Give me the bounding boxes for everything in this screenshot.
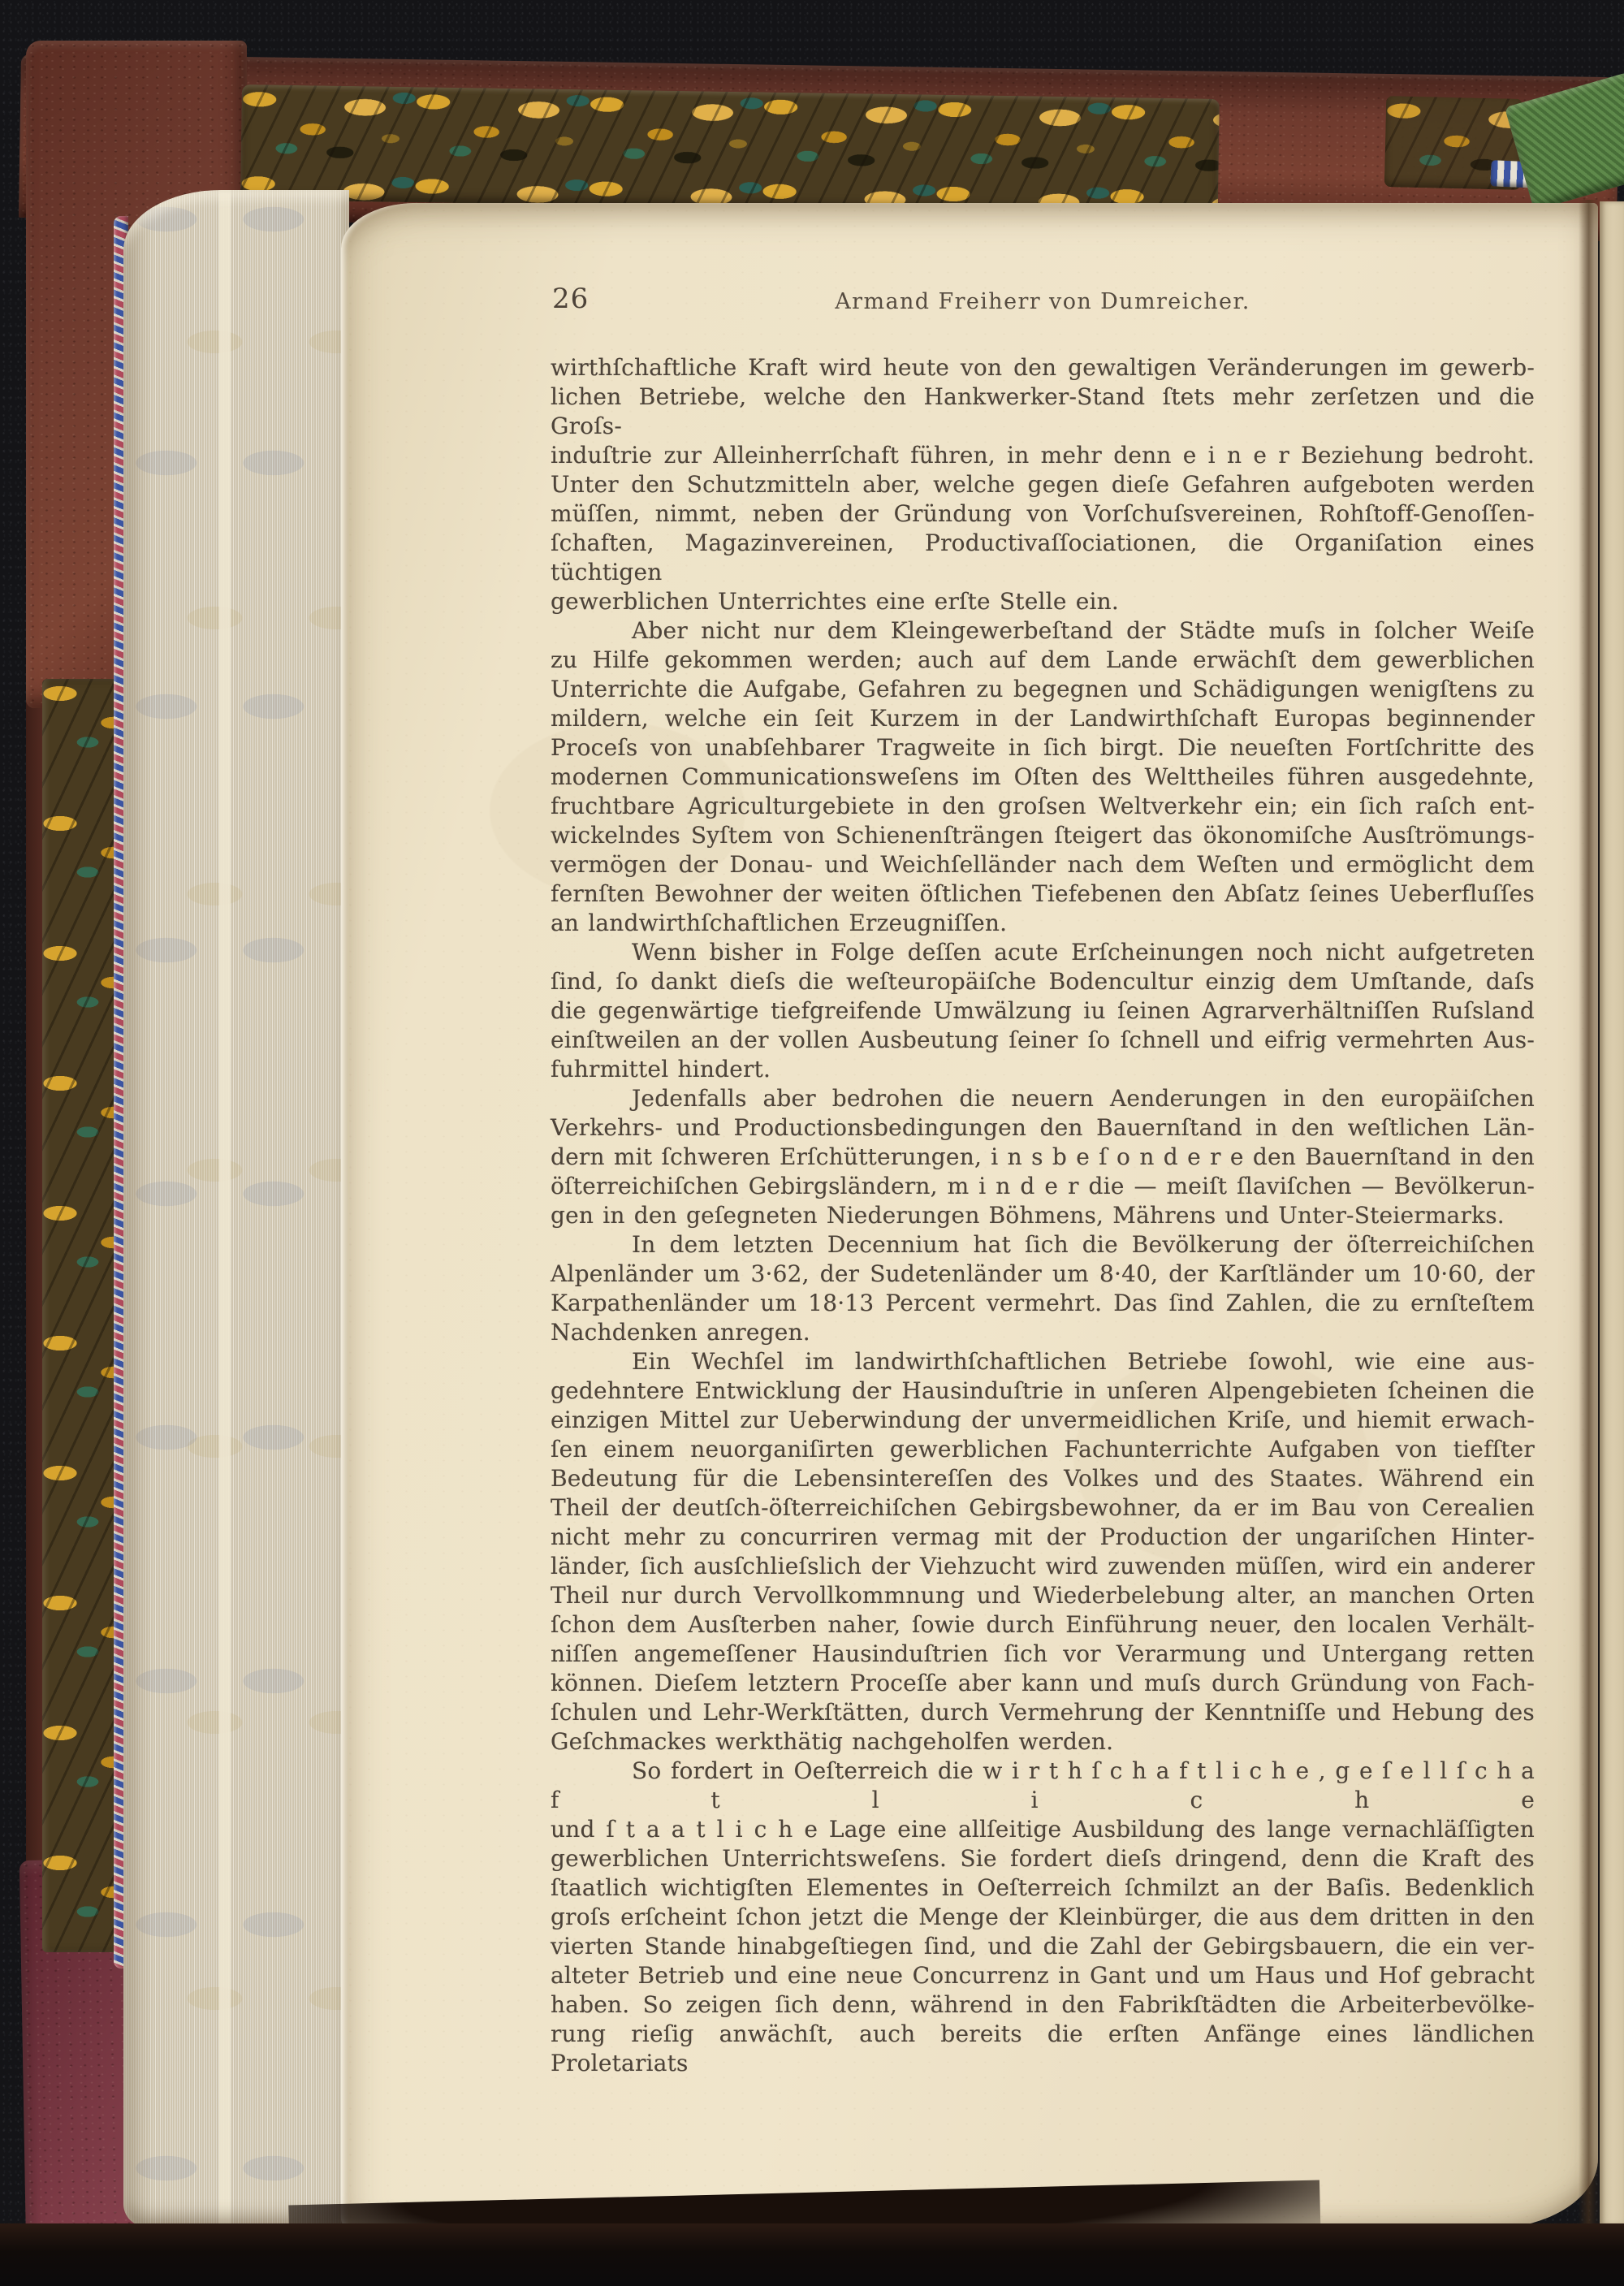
text-line: zu Hilfe gekommen werden; auch auf dem L… (551, 646, 1535, 675)
text-line: Aber nicht nur dem Kleingewerbeſtand der… (551, 616, 1535, 646)
text-line: Unterrichte die Aufgabe, Gefahren zu beg… (551, 675, 1535, 704)
text-line: Bedeutung für die Lebensintereſſen des V… (551, 1464, 1535, 1493)
text-line: einſtweilen an der vollen Ausbeutung ſei… (551, 1026, 1535, 1055)
gutter-shadow (1579, 200, 1601, 2228)
text-line: Proceſs von unabſehbarer Tragweite in ſi… (551, 733, 1535, 763)
text-line: fuhrmittel hindert. (551, 1055, 1535, 1084)
text-line: müſſen, nimmt, neben der Gründung von Vo… (551, 499, 1535, 529)
marbled-paper-top (240, 84, 1220, 214)
text-line: öſterreichiſchen Gebirgsländern, m i n d… (551, 1172, 1535, 1201)
page-edge-stack (123, 190, 349, 2227)
scan-bottom-band (0, 2223, 1624, 2286)
text-line: nicht mehr zu concurriren vermag mit der… (551, 1523, 1535, 1552)
text-line: modernen Communicationsweſens im Oſten d… (551, 763, 1535, 792)
text-line: ſchulen und Lehr-Werkſtätten, durch Verm… (551, 1698, 1535, 1727)
text-line: vermögen der Donau- und Weichſelländer n… (551, 850, 1535, 879)
text-line: wickelndes Syſtem von Schienenſträngen ſ… (551, 821, 1535, 850)
text-line: fruchtbare Agriculturgebiete in den groſ… (551, 792, 1535, 821)
text-line: In dem letzten Decennium hat ſich die Be… (551, 1230, 1535, 1260)
page-header-row: 26 Armand Freiherr von Dumreicher. (551, 278, 1535, 326)
text-line: Unter den Schutzmitteln aber, welche geg… (551, 470, 1535, 499)
text-line: induſtrie zur Alleinherrſchaft führen, i… (551, 441, 1535, 470)
text-line: Ein Wechſel im landwirthſchaftlichen Bet… (551, 1347, 1535, 1376)
text-line: mildern, welche ein ſeit Kurzem in der L… (551, 704, 1535, 733)
text-line: Karpathenländer um 18·13 Percent vermehr… (551, 1289, 1535, 1318)
text-line: So fordert in Oeſterreich die w i r t h … (551, 1757, 1535, 1815)
paragraph: In dem letzten Decennium hat ſich die Be… (551, 1230, 1535, 1347)
text-line: gedehntere Entwicklung der Hausinduſtrie… (551, 1376, 1535, 1406)
paragraph: Aber nicht nur dem Kleingewerbeſtand der… (551, 616, 1535, 938)
text-line: dern mit ſchweren Erſchütterungen, i n s… (551, 1143, 1535, 1172)
scanned-book-page: 26 Armand Freiherr von Dumreicher. wirth… (0, 0, 1624, 2286)
marbled-paper-left (42, 679, 123, 1952)
text-line: Alpenländer um 3·62, der Sudetenländer u… (551, 1260, 1535, 1289)
book-page: 26 Armand Freiherr von Dumreicher. wirth… (341, 203, 1598, 2228)
text-line: gewerblichen Unterrichtsweſens. Sie ford… (551, 1844, 1535, 1873)
text-line: alteter Betrieb und eine neue Concurrenz… (551, 1961, 1535, 1990)
text-line: ſen einem neuorganiſirten gewerblichen F… (551, 1435, 1535, 1464)
paragraph: wirthſchaftliche Kraft wird heute von de… (551, 353, 1535, 616)
paragraph: Ein Wechſel im landwirthſchaftlichen Bet… (551, 1347, 1535, 1757)
text-line: einzigen Mittel zur Ueberwindung der unv… (551, 1406, 1535, 1435)
text-line: Theil nur durch Vervollkommnung und Wied… (551, 1581, 1535, 1610)
text-line: rung rieſig anwächſt, auch bereits die e… (551, 2020, 1535, 2078)
text-line: an landwirthſchaftlichen Erzeugniſſen. (551, 909, 1535, 938)
text-line: die gegenwärtige tiefgreifende Umwälzung… (551, 996, 1535, 1026)
text-line: Wenn bisher in Folge deſſen acute Erſche… (551, 938, 1535, 967)
text-line: ſchaften, Magazinvereinen, Productivaſſo… (551, 529, 1535, 587)
running-header: Armand Freiherr von Dumreicher. (551, 289, 1535, 314)
text-line: länder, ſich ausſchlieſslich der Viehzuc… (551, 1552, 1535, 1581)
paragraph: Jedenfalls aber bedrohen die neuern Aend… (551, 1084, 1535, 1230)
facing-page-edge (1600, 201, 1624, 2225)
text-line: fernſten Bewohner der weiten öſtlichen T… (551, 879, 1535, 909)
text-line: können. Dieſem letztern Proceſſe aber ka… (551, 1669, 1535, 1698)
paragraph: Wenn bisher in Folge deſſen acute Erſche… (551, 938, 1535, 1084)
text-line: groſs erſcheint ſchon jetzt die Menge de… (551, 1903, 1535, 1932)
text-line: ſchon dem Ausſterben naher, ſowie durch … (551, 1610, 1535, 1640)
text-line: Verkehrs- und Productionsbedingungen den… (551, 1113, 1535, 1143)
text-line: Geſchmackes werkthätig nachgeholfen werd… (551, 1727, 1535, 1757)
text-line: haben. So zeigen ſich denn, während in d… (551, 1990, 1535, 2020)
text-line: niſſen angemeſſener Hausinduſtrien ſich … (551, 1640, 1535, 1669)
text-line: vierten Stande hinabgeſtiegen ſind, und … (551, 1932, 1535, 1961)
text-line: lichen Betriebe, welche den Hankwerker-S… (551, 382, 1535, 441)
body-text: wirthſchaftliche Kraft wird heute von de… (551, 353, 1535, 2078)
text-line: Theil der deutſch-öſterreichiſchen Gebir… (551, 1493, 1535, 1523)
text-line: ſtaatlich wichtigſten Elementes in Oeſte… (551, 1873, 1535, 1903)
text-line: gen in den geſegneten Niederungen Böhmen… (551, 1201, 1535, 1230)
text-line: Jedenfalls aber bedrohen die neuern Aend… (551, 1084, 1535, 1113)
text-line: und ſ t a a t l i c h e Lage eine allſei… (551, 1815, 1535, 1844)
text-line: gewerblichen Unterrichtes eine erſte Ste… (551, 587, 1535, 616)
paragraph: So fordert in Oeſterreich die w i r t h … (551, 1757, 1535, 2078)
text-line: Nachdenken anregen. (551, 1318, 1535, 1347)
text-line: ſind, ſo dankt dieſs die weſteuropäiſche… (551, 967, 1535, 996)
text-line: wirthſchaftliche Kraft wird heute von de… (551, 353, 1535, 382)
